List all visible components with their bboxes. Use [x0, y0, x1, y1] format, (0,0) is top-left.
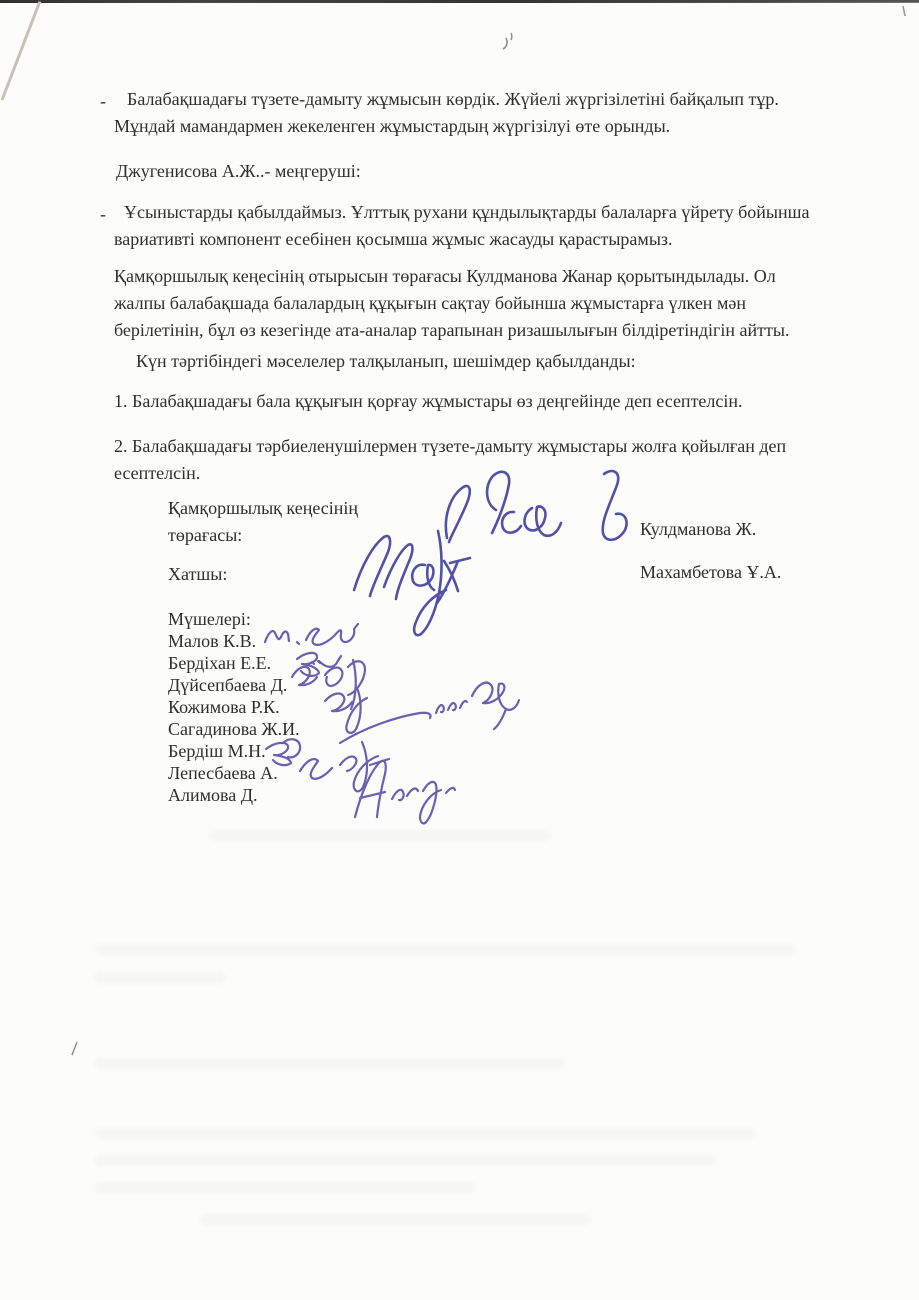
scan-artifact-layer: [0, 0, 919, 1300]
bleed-through-artifact: [95, 1155, 715, 1166]
chairman-label-line-2: төрағасы:: [168, 526, 242, 544]
member-signature-sagadinova: [436, 701, 467, 713]
member-signature-alimova: [420, 782, 455, 824]
bleed-through-artifact: [95, 944, 795, 955]
member-name: Дүйсепбаева Д.: [168, 676, 287, 694]
decision-1: 1. Балабақшадағы бала құқығын қорғау жұм…: [114, 392, 743, 410]
chairman-label-line-1: Қамқоршылық кеңесінің: [168, 499, 358, 517]
member-signatures: [265, 624, 519, 823]
member-signature-alimova: [392, 789, 418, 801]
page-corner-fold-line: [2, 1, 40, 100]
member-signature-duisepbaeva: [325, 668, 342, 686]
bleed-through-artifact: [200, 1214, 590, 1225]
member-signature-malov: [265, 631, 299, 644]
summary-line-3: берілетінін, бұл өз кезегінде ата-аналар…: [114, 321, 789, 339]
member-signature-berdikhan: [297, 653, 341, 676]
bullet-2-line-1: Ұсыныстарды қабылдаймыз. Ұлттық рухани қ…: [124, 203, 810, 221]
member-name: Сагадинова Ж.И.: [168, 720, 300, 738]
member-signature-duisepbaeva: [348, 660, 365, 709]
summary-line-2: жалпы балабақшада балалардың құқығын сақ…: [114, 294, 746, 312]
member-signature-berdish: [266, 739, 300, 765]
member-name: Кожимова Р.К.: [168, 698, 280, 716]
member-signature-kozhimova: [325, 694, 352, 712]
bleed-through-artifact: [95, 972, 225, 983]
chairman-signature: [446, 471, 627, 542]
member-signature-alimova: [355, 761, 386, 817]
member-signature-malov: [306, 624, 358, 645]
member-name: Бердіш М.Н.: [168, 742, 266, 760]
bullet-2-line-2: вариативті компонент есебінен қосымша жұ…: [114, 230, 673, 248]
bullet-1-line-1: Балабақшадағы түзете-дамыту жұмысын көрд…: [127, 90, 779, 108]
member-signature-lepesbaeva: [300, 757, 356, 779]
bleed-through-artifact: [95, 1182, 475, 1193]
member-signature-sagadinova: [472, 683, 519, 729]
stray-pen-mark: [72, 1042, 77, 1055]
member-name: Алимова Д.: [168, 786, 258, 804]
scan-top-edge: [0, 0, 919, 3]
agenda-line: Күн тәртібіндегі мәселелер талқыланып, ш…: [136, 352, 636, 370]
member-name: Малов К.В.: [168, 632, 256, 650]
member-signature-kozhimova: [346, 688, 367, 733]
member-signature-lepesbaeva: [354, 742, 389, 791]
member-name: Лепесбаева А.: [168, 764, 278, 782]
bleed-through-artifact: [210, 830, 550, 841]
secretary-signature: [354, 531, 470, 635]
bleed-through-artifact: [95, 1058, 565, 1069]
secretary-label: Хатшы:: [168, 565, 227, 583]
bleed-through-artifact: [95, 1128, 755, 1139]
bullet-marker: -: [100, 92, 106, 110]
decision-2-line-2: есептелсін.: [114, 464, 200, 482]
secretary-name: Махамбетова Ұ.А.: [640, 563, 781, 581]
member-signature-sagadinova: [340, 713, 431, 743]
member-signature-duisepbaeva: [292, 661, 320, 685]
summary-line-1: Қамқоршылық кеңесінің отырысын төрағасы …: [114, 267, 776, 285]
pen-smudge-mark: [503, 33, 512, 49]
member-name: Бердіхан Е.Е.: [168, 654, 271, 672]
signatures-layer: [0, 0, 919, 1300]
scanned-protocol-page: - Балабақшадағы түзете-дамыту жұмысын кө…: [0, 0, 919, 1300]
bullet-marker: -: [100, 205, 106, 223]
chairman-name: Кулдманова Ж.: [640, 520, 756, 538]
decision-2-line-1: 2. Балабақшадағы тәрбиеленушілермен түзе…: [114, 437, 786, 455]
bullet-1-line-2: Мұндай мамандармен жекеленген жұмыстарды…: [114, 117, 670, 135]
members-label: Мүшелері:: [168, 610, 251, 628]
manager-line: Джугенисова А.Ж..- меңгеруші:: [116, 162, 361, 180]
edge-tick-mark: [903, 6, 905, 16]
